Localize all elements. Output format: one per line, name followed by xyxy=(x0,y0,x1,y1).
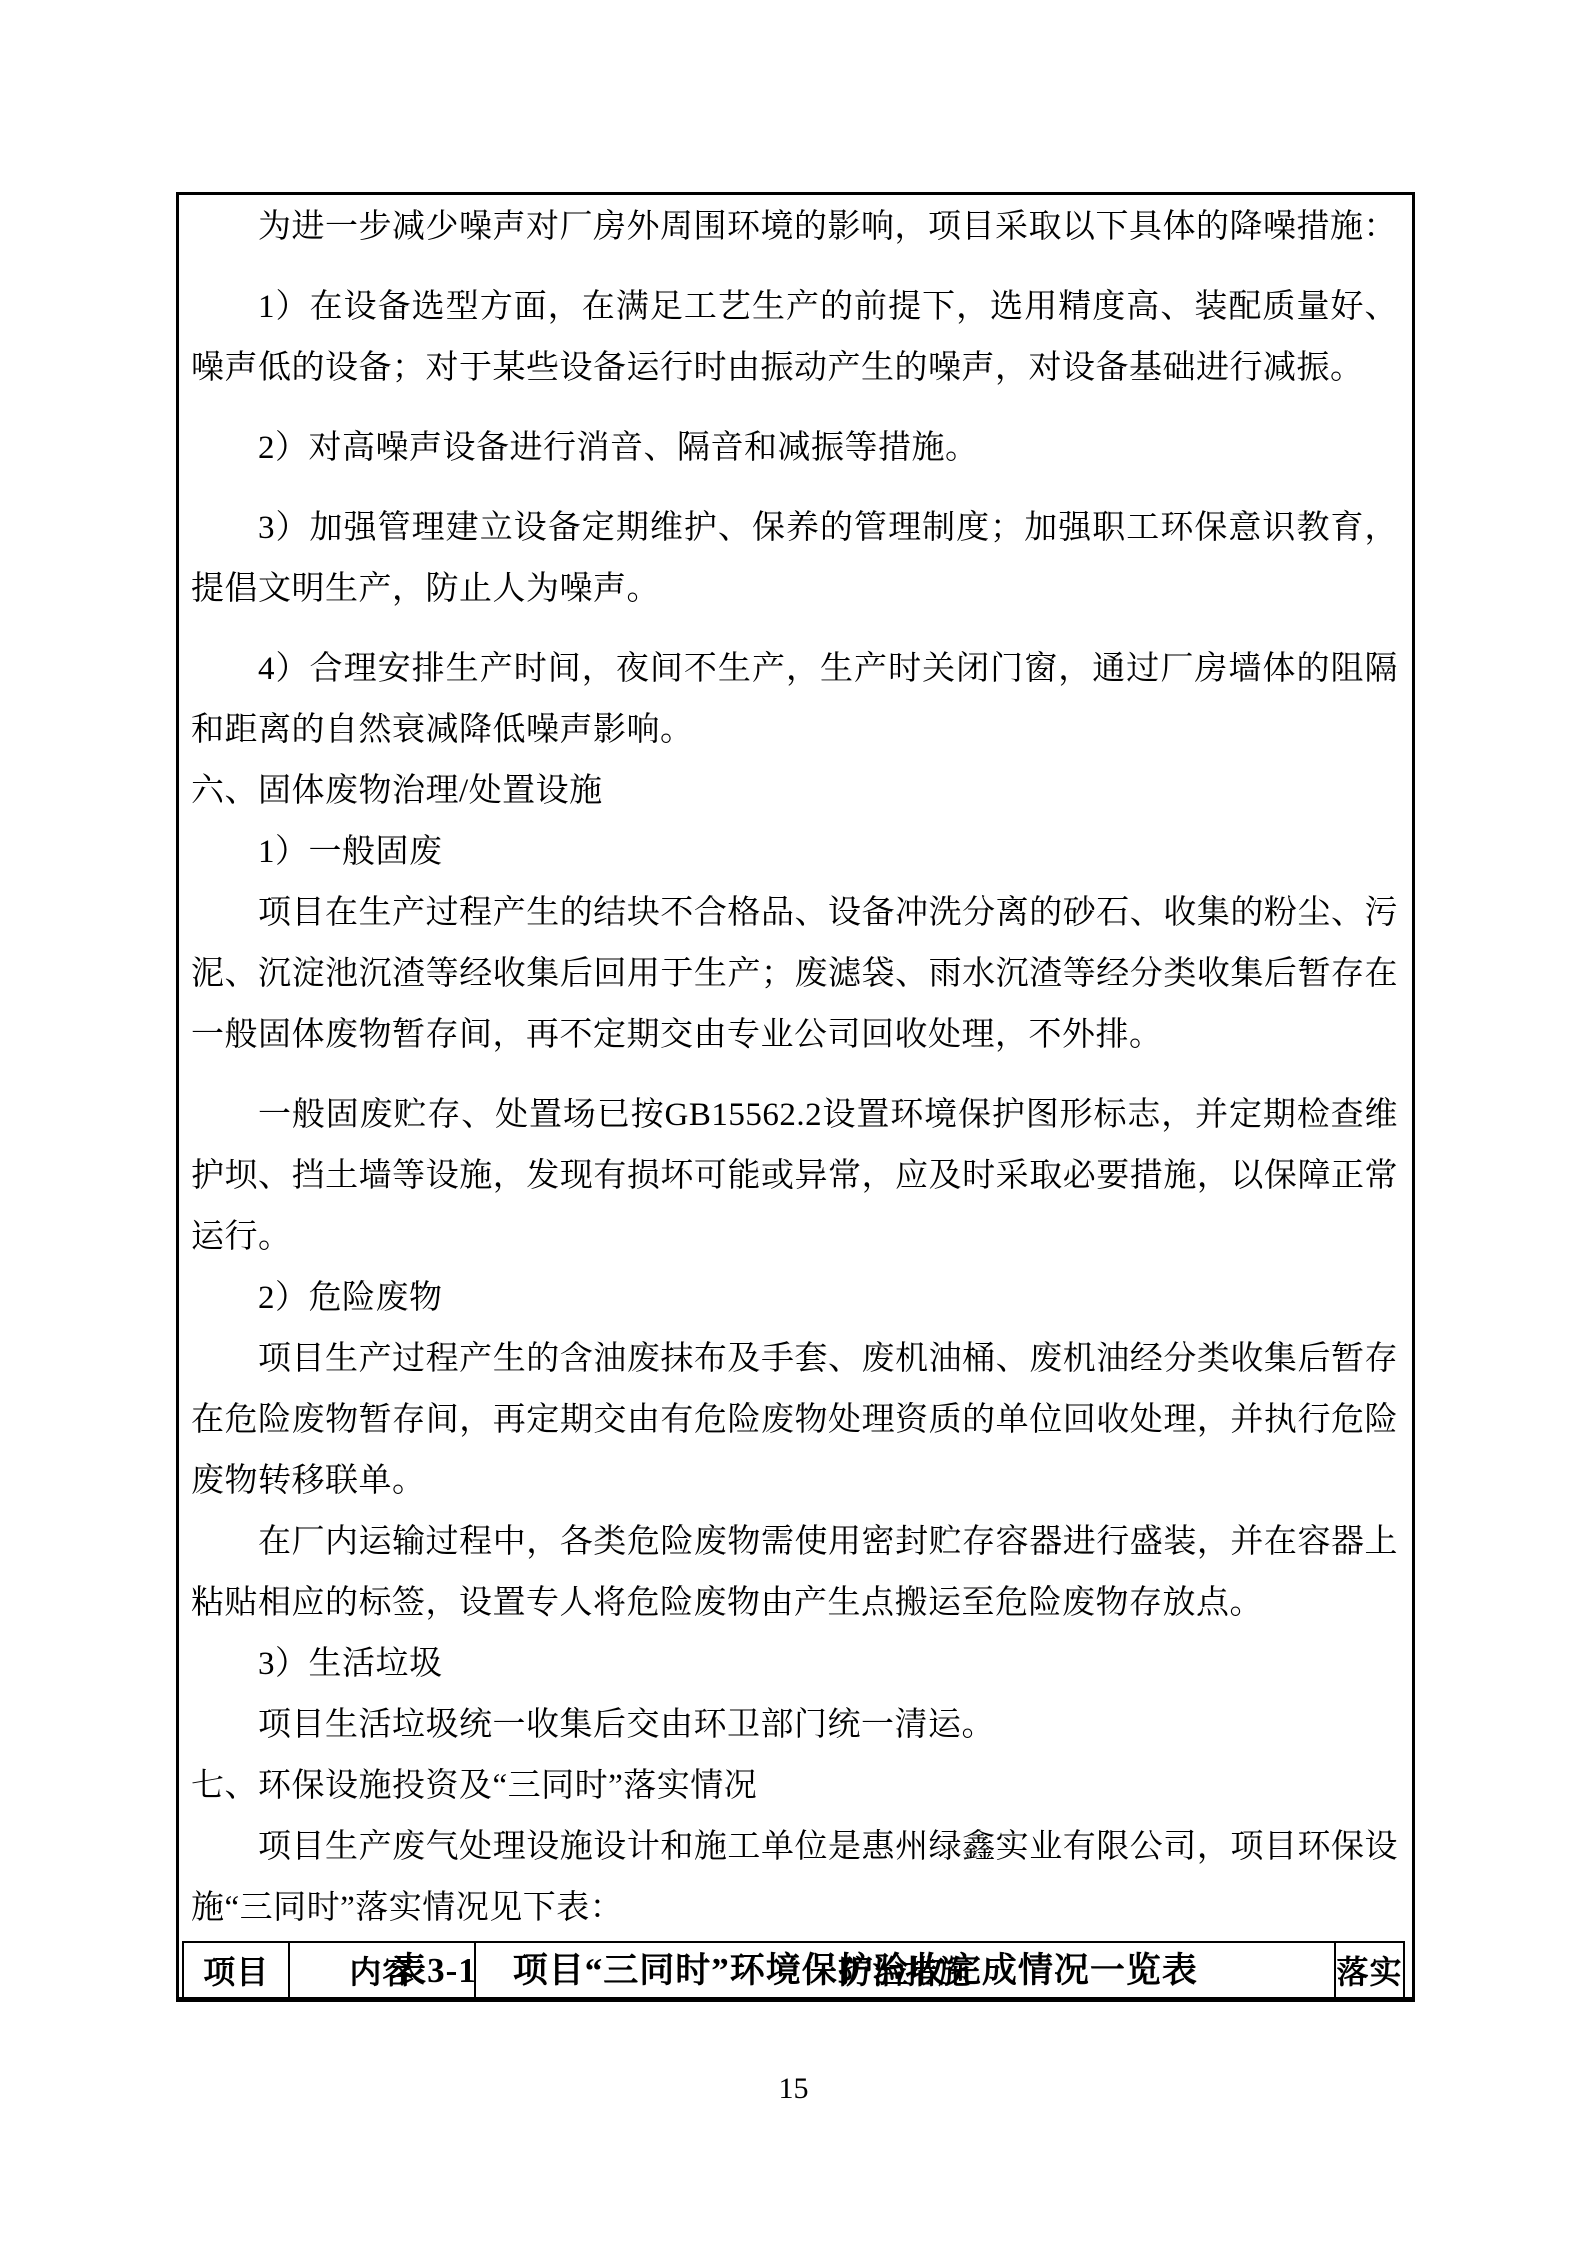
paragraph-general-solid-waste: 项目在生产过程产生的结块不合格品、设备冲洗分离的砂石、收集的粉尘、污泥、沉淀池沉… xyxy=(191,883,1398,1066)
paragraph-noise-measure-2: 2）对高噪声设备进行消音、隔音和减振等措施。 xyxy=(191,418,1398,479)
paragraph-general-waste-storage: 一般固废贮存、处置场已按GB15562.2设置环境保护图形标志，并定期检查维护坝… xyxy=(191,1085,1398,1268)
paragraph-noise-intro: 为进一步减少噪声对厂房外周围环境的影响，项目采取以下具体的降噪措施： xyxy=(191,197,1398,258)
content-border-box: 为进一步减少噪声对厂房外周围环境的影响，项目采取以下具体的降噪措施： 1）在设备… xyxy=(176,192,1415,2002)
section-heading-three-simultaneous: 七、环保设施投资及“三同时”落实情况 xyxy=(191,1756,1398,1817)
paragraph-noise-measure-1: 1）在设备选型方面，在满足工艺生产的前提下，选用精度高、装配质量好、噪声低的设备… xyxy=(191,277,1398,399)
paragraph-hazardous-waste: 项目生产过程产生的含油废抹布及手套、废机油桶、废机油经分类收集后暂存在危险废物暂… xyxy=(191,1329,1398,1512)
paragraph-noise-measure-4: 4）合理安排生产时间，夜间不生产，生产时关闭门窗，通过厂房墙体的阻隔和距离的自然… xyxy=(191,639,1398,761)
table-header-item: 项目 xyxy=(182,1943,288,1997)
document-page: 为进一步减少噪声对厂房外周围环境的影响，项目采取以下具体的降噪措施： 1）在设备… xyxy=(0,0,1587,2245)
table-header-measures: 防治措施 xyxy=(474,1943,1334,1997)
subheading-domestic-garbage: 3）生活垃圾 xyxy=(191,1634,1398,1695)
paragraph-noise-measure-3: 3）加强管理建立设备定期维护、保养的管理制度；加强职工环保意识教育，提倡文明生产… xyxy=(191,498,1398,620)
acceptance-table-header-row: 项目 内容 防治措施 落实 xyxy=(182,1941,1405,1997)
paragraph-three-simultaneous-intro: 项目生产废气处理设施设计和施工单位是惠州绿鑫实业有限公司，项目环保设施“三同时”… xyxy=(191,1817,1398,1939)
table-header-implementation: 落实 xyxy=(1334,1943,1405,1997)
subheading-hazardous-waste: 2）危险废物 xyxy=(191,1268,1398,1329)
table-header-content: 内容 xyxy=(288,1943,474,1997)
paragraph-domestic-garbage: 项目生活垃圾统一收集后交由环卫部门统一清运。 xyxy=(191,1695,1398,1756)
subheading-general-solid-waste: 1）一般固废 xyxy=(191,822,1398,883)
paragraph-hazardous-transport: 在厂内运输过程中，各类危险废物需使用密封贮存容器进行盛装，并在容器上粘贴相应的标… xyxy=(191,1512,1398,1634)
section-heading-solid-waste: 六、固体废物治理/处置设施 xyxy=(191,761,1398,822)
page-number: 15 xyxy=(0,2072,1587,2106)
